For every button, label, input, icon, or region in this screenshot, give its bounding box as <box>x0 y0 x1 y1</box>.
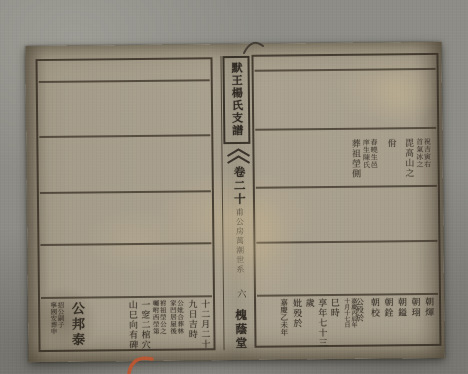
ruling-line <box>41 295 212 298</box>
entry-text-column: 九日吉時 <box>187 299 196 353</box>
son-name: 朝銓 <box>383 297 392 349</box>
person-note: 寧國安葬申 <box>50 302 57 356</box>
death-hour: 巳時 <box>329 298 338 350</box>
entry-text-subcolumn: 囑咐西塋第 <box>152 300 159 354</box>
entry-text-column: 山巳向有碑 <box>127 300 136 354</box>
entry-text-double-column: 春曉生邑 庠生陳氏 <box>363 139 378 187</box>
ruling-line <box>255 127 436 130</box>
entry-text-subcolumn: 庠生陳氏 <box>363 139 370 187</box>
genealogy-book-spread: 十二月二十 九日吉時 公妣合葬林 家凹居屋後 祔祖塋公之 囑咐西塋第 一窆二棺穴… <box>25 42 444 362</box>
book-spine: 默王楊氏支譜 卷二十 甫公房萬潮世系 六 槐蔭堂 <box>220 56 255 350</box>
right-page: 祝吉寅右 首氣冰之 毘髙山之 佾 春曉生邑 庠生陳氏 葬祖塋側 朝煇 朝珝 朝鎰… <box>251 53 441 348</box>
son-name: 朝珝 <box>410 297 419 349</box>
section-label: 甫公房萬潮世系 <box>235 208 244 275</box>
person-note: 招公嗣子 <box>57 302 64 356</box>
spine-title-box: 默王楊氏支譜 <box>222 56 250 144</box>
age-text: 享年七十三 <box>317 298 326 350</box>
entry-text-subcolumn: 公妣合葬林 <box>177 300 184 354</box>
ruling-line <box>40 190 211 193</box>
wife-death-lead: 妣殁於 <box>291 298 300 350</box>
right-page-entry-text: 朝煇 朝珝 朝鎰 朝銓 朝校 公殁於嘉慶丙辰年十月十七日 巳時 享年七十三 歲 … <box>276 297 432 351</box>
entry-text-column: 十二月二十 <box>199 299 208 353</box>
entry-text-column: 葬祖塋側 <box>350 139 359 187</box>
ruling-line <box>39 79 210 82</box>
volume-label: 卷二十 <box>233 166 245 207</box>
entry-annotation-text: 祝吉寅右 首氣冰之 毘髙山之 佾 春曉生邑 庠生陳氏 葬祖塋側 <box>346 138 431 187</box>
entry-text-subcolumn: 春曉生邑 <box>370 139 377 187</box>
entry-text-column: 佾 <box>386 138 395 186</box>
left-page: 十二月二十 九日吉時 公妣合葬林 家凹居屋後 祔祖塋公之 囑咐西塋第 一窆二棺穴… <box>35 57 215 352</box>
ruling-line <box>40 242 211 245</box>
entry-text-subcolumn: 首氣冰之 <box>416 138 423 186</box>
son-name: 朝鎰 <box>396 297 405 349</box>
entry-text-subcolumn: 家凹居屋後 <box>170 300 177 354</box>
ruling-line <box>39 134 210 137</box>
ruling-line <box>257 293 438 296</box>
entry-text-double-column: 公妣合葬林 家凹居屋後 <box>170 300 184 354</box>
son-name: 朝校 <box>369 298 378 350</box>
entry-text-double-column: 祔祖塋公之 囑咐西塋第 <box>152 300 166 354</box>
entry-text-column: 毘髙山之 <box>404 138 413 186</box>
death-date-subcolumns: 嘉慶丙辰年十月十七日 <box>342 298 356 328</box>
fishtail-ornament <box>226 148 250 165</box>
entry-text-subcolumn: 祔祖塋公之 <box>159 300 166 354</box>
ruling-line <box>255 68 436 71</box>
entry-text-column: 一窆二棺穴 <box>140 300 149 354</box>
left-page-entry-text: 十二月二十 九日吉時 公妣合葬林 家凹居屋後 祔祖塋公之 囑咐西塋第 一窆二棺穴… <box>123 299 208 354</box>
next-entry-heading: 公邦泰 招公嗣子 寧國安葬申 <box>49 302 82 356</box>
entry-text-double-column: 祝吉寅右 首氣冰之 <box>416 138 431 186</box>
page-number: 六 <box>235 289 245 299</box>
entry-text-subcolumn: 祝吉寅右 <box>424 138 431 186</box>
age-suffix: 歲 <box>304 298 313 350</box>
person-name: 公邦泰 <box>69 302 82 356</box>
son-name: 朝煇 <box>423 297 432 349</box>
book-title: 默王楊氏支譜 <box>231 62 243 137</box>
death-year: 嘉慶丙辰年 <box>350 298 356 328</box>
scan-background: 十二月二十 九日吉時 公妣合葬林 家凹居屋後 祔祖塋公之 囑咐西塋第 一窆二棺穴… <box>0 0 468 374</box>
death-date: 十月十七日 <box>343 298 349 328</box>
person-note-columns: 招公嗣子 寧國安葬申 <box>50 302 64 356</box>
wife-death-year: 嘉慶乙未年 <box>280 298 288 350</box>
ruling-line <box>256 240 437 243</box>
hall-name: 槐蔭堂 <box>234 309 246 351</box>
death-record-column: 公殁於嘉慶丙辰年十月十七日 <box>342 298 364 350</box>
